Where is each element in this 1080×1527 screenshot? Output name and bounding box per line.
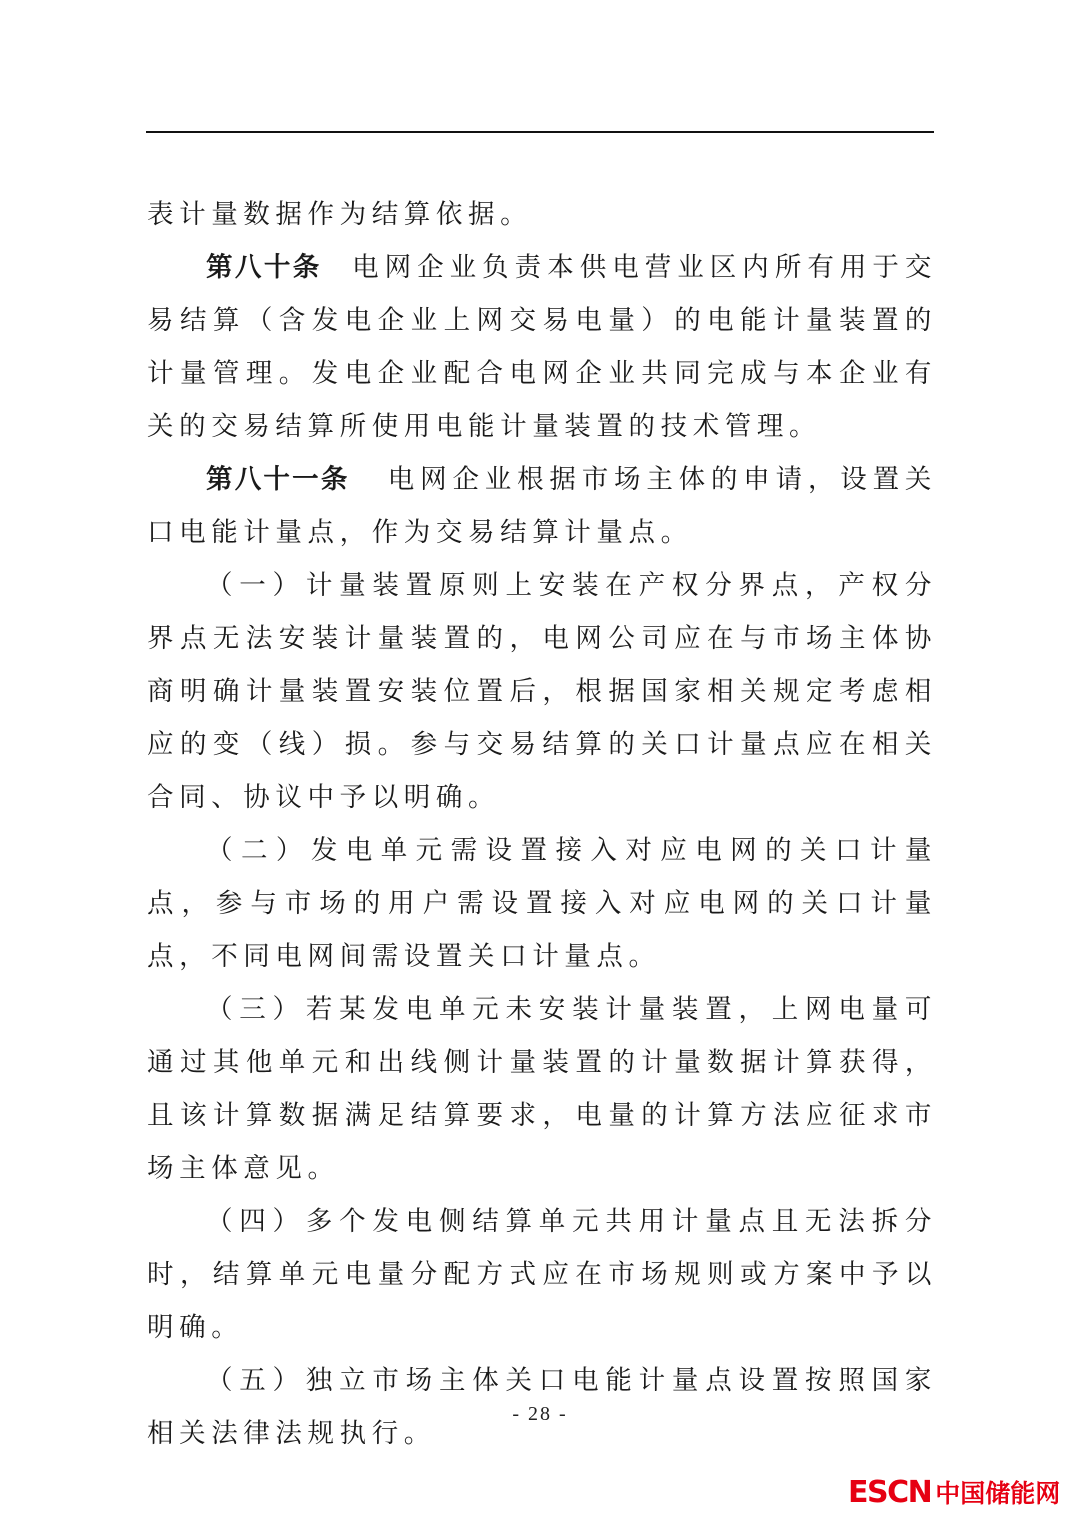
escn-watermark-logo: ESCN 中国储能网 bbox=[848, 1474, 1060, 1510]
watermark-chinese: 中国储能网 bbox=[935, 1474, 1060, 1510]
watermark-latin: ESCN bbox=[848, 1475, 931, 1510]
article-81-item-3: （三）若某发电单元未安装计量装置，上网电量可通过其他单元和出线侧计量装置的计量数… bbox=[147, 983, 937, 1195]
article-81-paragraph: 第八十一条电网企业根据市场主体的申请，设置关口电能计量点，作为交易结算计量点。 bbox=[147, 453, 937, 559]
continuation-paragraph: 表计量数据作为结算依据。 bbox=[147, 188, 937, 241]
article-81-number: 第八十一条 bbox=[206, 464, 350, 495]
document-body: 表计量数据作为结算依据。 第八十条电网企业负责本供电营业区内所有用于交易结算（含… bbox=[147, 188, 937, 1460]
article-81-item-1: （一）计量装置原则上安装在产权分界点，产权分界点无法安装计量装置的，电网公司应在… bbox=[147, 559, 937, 824]
document-page: 表计量数据作为结算依据。 第八十条电网企业负责本供电营业区内所有用于交易结算（含… bbox=[0, 0, 1080, 1527]
article-80-paragraph: 第八十条电网企业负责本供电营业区内所有用于交易结算（含发电企业上网交易电量）的电… bbox=[147, 241, 937, 453]
header-rule-divider bbox=[146, 131, 934, 133]
article-80-number: 第八十条 bbox=[206, 252, 322, 283]
article-81-item-4: （四）多个发电侧结算单元共用计量点且无法拆分时，结算单元电量分配方式应在市场规则… bbox=[147, 1195, 937, 1354]
page-number: - 28 - bbox=[0, 1403, 1080, 1426]
article-81-item-2: （二）发电单元需设置接入对应电网的关口计量点，参与市场的用户需设置接入对应电网的… bbox=[147, 824, 937, 983]
